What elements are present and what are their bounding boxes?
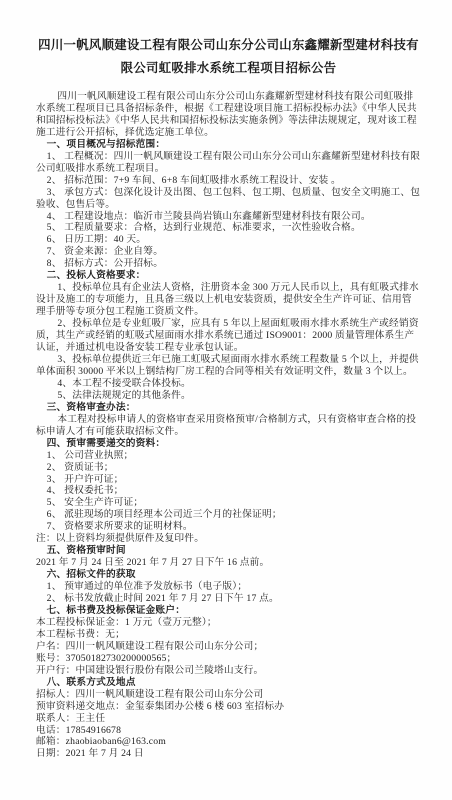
section-heading: 五、资格预审时间: [36, 545, 421, 557]
tender-announcement-page: 四川一帆风顺建设工程有限公司山东分公司山东鑫耀新型建材科技有限公司虹吸排水系统工…: [0, 0, 452, 800]
section-heading: 六、招标文件的获取: [36, 569, 421, 581]
doc-line: 6、 日历工期：40 天。: [36, 234, 421, 246]
doc-line: 3、 承包方式：包深化设计及出图、包工包料、包工期、包质量、包安全文明施工、包验…: [36, 187, 421, 211]
section-heading: 一、项目概况与招标范围：: [36, 139, 421, 151]
doc-line: 预审资料递交地点：金玺泰集团办公楼 6 楼 603 室招标办: [36, 701, 421, 713]
doc-line: 开户行：中国建设银行股份有限公司兰陵塔山支行。: [36, 665, 421, 677]
section-heading: 三、资格审查办法：: [36, 402, 421, 414]
doc-line: 7、 资格要求所要求的证明材料。: [36, 521, 421, 533]
doc-line: 3、投标单位提供近三年已施工虹吸式屋面雨水排水系统工程数量 5 个以上，并提供单…: [36, 354, 421, 378]
doc-line: 日期：2021 年 7 月 24 日: [36, 748, 421, 760]
doc-line: 1、 预审通过的单位准予发放标书（电子版）；: [36, 581, 421, 593]
doc-line: 电话：17854916678: [36, 725, 421, 737]
section-heading: 二、投标人资格要求：: [36, 270, 421, 282]
doc-line: 4、本工程不接受联合体投标。: [36, 378, 421, 390]
doc-line: 账号：37050182730200000565；: [36, 653, 421, 665]
doc-line: 招标人：四川一帆风顺建设工程有限公司山东分公司: [36, 689, 421, 701]
section-heading: 七、标书费及投标保证金账户：: [36, 605, 421, 617]
doc-line: 2021 年 7 月 24 日至 2021 年 7 月 27 日下午 16 点前…: [36, 557, 421, 569]
doc-line: 1、 工程概况：四川一帆风顺建设工程有限公司山东分公司山东鑫耀新型建材科技有限公…: [36, 151, 421, 175]
doc-line: 4、 授权委托书；: [36, 485, 421, 497]
doc-line: 5、 安全生产许可证；: [36, 497, 421, 509]
doc-line: 3、 开户许可证；: [36, 474, 421, 486]
doc-line: 注：以上资料均须提供原件及复印件。: [36, 533, 421, 545]
doc-line: 本工程投标保证金：1 万元（壹万元整）；: [36, 617, 421, 629]
doc-line: 本工程对投标申请人的资格审查采用资格预审/合格制方式，只有资格审查合格的投标申请…: [36, 414, 421, 438]
doc-line: 6、 派驻现场的项目经理本公司近三个月的社保证明；: [36, 509, 421, 521]
doc-line: 5、法律法规规定的其他条件。: [36, 390, 421, 402]
document-body: 四川一帆风顺建设工程有限公司山东分公司山东鑫耀新型建材科技有限公司虹吸排水系统工…: [36, 91, 421, 760]
doc-line: 邮箱：zhaobiaoban6@163.com: [36, 736, 421, 748]
document-title: 四川一帆风顺建设工程有限公司山东分公司山东鑫耀新型建材科技有限公司虹吸排水系统工…: [36, 34, 421, 80]
section-heading: 八、联系方式及地点: [36, 677, 421, 689]
doc-line: 户名：四川一帆风顺建设工程有限公司山东分公司；: [36, 641, 421, 653]
doc-line: 1、投标单位具有企业法人资格，注册资本金 300 万元人民币以上，具有虹吸式排水…: [36, 282, 421, 318]
doc-line: 联系人：王主任: [36, 713, 421, 725]
doc-line: 本工程标书费：无；: [36, 629, 421, 641]
doc-line: 2、 招标范围：7+9 车间、6+8 车间虹吸排水系统工程设计、安装 。: [36, 175, 421, 187]
doc-line: 8、 招标方式：公开招标。: [36, 258, 421, 270]
doc-line: 4、 工程建设地点：临沂市兰陵县尚岩镇山东鑫耀新型建材科技有限公司。: [36, 211, 421, 223]
doc-line: 1、 公司营业执照；: [36, 450, 421, 462]
doc-line: 四川一帆风顺建设工程有限公司山东分公司山东鑫耀新型建材科技有限公司虹吸排水系统工…: [36, 91, 421, 139]
doc-line: 2、 资质证书；: [36, 462, 421, 474]
doc-line: 7、 资金来源：企业自筹。: [36, 246, 421, 258]
section-heading: 四、预审需要递交的资料：: [36, 438, 421, 450]
doc-line: 5、 工程质量要求：合格，达到行业规范、标准要求，一次性验收合格。: [36, 222, 421, 234]
doc-line: 2、投标单位是专业虹吸厂家，应具有 5 年以上屋面虹吸雨水排水系统生产或经销资质…: [36, 318, 421, 354]
doc-line: 2、 标书发放截止时间 2021 年 7 月 27 日下午 17 点。: [36, 593, 421, 605]
